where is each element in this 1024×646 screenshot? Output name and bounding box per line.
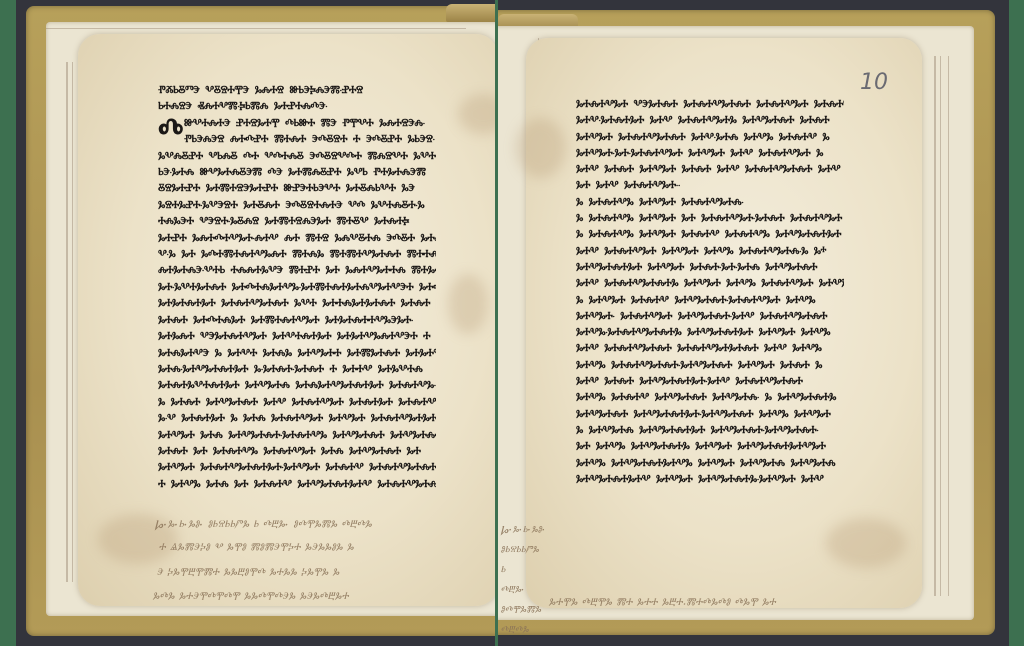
- right-spread-photo: 10 ⰃⰀⰎⰀⰂⰃⰀ ⰂⰅⰃⰀⰎⰀ ⰃⰀⰎⰀⰂⰃⰀⰎⰀ ⰃⰀⰎⰀⰂⰃⰀ ⰃⰀⰎⰀ…: [498, 0, 1009, 646]
- text-line: ⰃⰀⰂⰃⰀⰎⰀ ⰃⰀⰂⰃⰀⰎⰀⰃⰀ⸱ⰃⰀⰂⰃⰀⰎⰀ ⰃⰀⰂⰃ ⰃⰀⰂⰃⰀ: [576, 406, 844, 422]
- handwritten-note-left: ⰰ ⱑⰳⰿⰵⰽⱁ ⰲ ⰳⰹⱁ ⰿⱁⰿⰵⰹⰽⰰ ⰳⰵⰳⰳⱁⰳ ⰳ: [158, 541, 353, 556]
- folio-number: 10: [860, 70, 888, 95]
- text-line: ⰃⰀⰂ ⰃⰀⰎⰀⰂⰃⰀⰎⰀⰃ ⰃⰀⰂⰃⰀ ⰃⰀⰂⰃ ⰃⰀⰎⰀⰂⰃⰀ ⰃⰀⰂⰃ: [576, 275, 844, 291]
- text-line: ⰖⰂⰀⰎⰀⰅ ⰐⰀⰔⰃⰀⰉ ⰄⰓⰖⰀ ⰏⰅ ⰒⰉⰂⰀ ⰃⰎⰀⰔⰅⰎ⸱: [158, 115, 436, 131]
- text-line: ⰃⰀⰂ ⰃⰀⰎⰀ ⰃⰀⰂⰃⰀⰎⰀⰃⰀ⸱ⰃⰀⰂ ⰃⰀⰎⰀⰂⰃⰀⰎⰀ: [576, 373, 844, 389]
- text-line: ⰃⰀⰂⰃ ⰃⰀⰂⰃⰀⰎⰀⰃⰀⰂⰃ ⰃⰀⰂⰃⰀ ⰃⰀⰂⰃⰀⰎ ⰃⰀⰂⰃⰀⰎ: [576, 455, 844, 471]
- text-line: ⰒⰆⰓⰋⰕⰅ ⰂⰋⰔⰀⰉⰅ ⰃⰎⰀⰔ ⰖⰓⰅⰍⰎⰅⰏ⸱ⰐⰀⰔ: [158, 82, 436, 98]
- text-line: ⰒⰓⰅⰎⰅⰔ ⰎⰀⰄⰐⰀ ⰏⰀⰎⰀ ⰅⰄⰋⰔⰀ Ⰰ ⰅⰄⰋⰐⰀ ⰃⰓⰅⰔ⸱: [158, 131, 436, 147]
- frame-left-border: [0, 0, 16, 646]
- text-line: Ⰳ ⰃⰀⰎⰀⰂⰃ ⰃⰀⰂⰃⰀ ⰃⰀⰎⰀⰂ ⰃⰀⰎⰀⰂⰃ ⰃⰀⰂⰃⰀⰎⰀⰃⰀ: [576, 226, 844, 242]
- text-line: ⰃⰔⰀⰃⰐⰀ⸱ⰃⰂⰅⰔⰀ ⰃⰀⰋⰎⰀ ⰅⰄⰋⰔⰀⰎⰀⰅ ⰂⰄ ⰃⰂⰀⰎⰋⰀ⸱Ⰳ: [158, 197, 436, 213]
- spine-top-curl: [446, 4, 495, 22]
- text-line: Ⰳ ⰃⰀⰎⰀ ⰃⰀⰂⰃⰀⰎⰀ ⰃⰀⰂ ⰃⰀⰎⰀⰂⰃⰀ ⰃⰀⰎⰀⰃⰀ ⰃⰀⰎⰀⰂⰃ: [158, 394, 436, 410]
- printed-text-right: ⰃⰀⰎⰀⰂⰃⰀ ⰂⰅⰃⰀⰎⰀ ⰃⰀⰎⰀⰂⰃⰀⰎⰀ ⰃⰀⰎⰀⰂⰃⰀ ⰃⰀⰎⰀⰂ Ⰳ…: [576, 96, 844, 487]
- text-line: ⰃⰀⰃⰀⰎⰀⰃⰀ ⰃⰀⰎⰀⰂⰃⰀⰎⰀ ⰃⰂⰀ ⰃⰀⰀⰎⰃⰀⰃⰀⰎⰀ ⰃⰀⰎⰀ Ⰳ: [158, 295, 436, 311]
- text-line: ⰃⰀ ⰃⰀⰂ ⰃⰀⰎⰀⰂⰃⰀ⸱⸱: [576, 177, 844, 193]
- text-line: ⰃⰀⰂⰃⰀ⸱ ⰃⰀⰎⰀⰂⰃⰀ ⰃⰀⰂⰃⰀⰎⰀ⸱ⰃⰀⰂ ⰃⰀⰎⰀⰂⰃⰀⰎⰀ: [576, 308, 844, 324]
- text-line: ⰃⰀⰂ ⰃⰀⰎⰀⰂⰃⰀ ⰃⰀⰂⰃⰀ ⰃⰀⰂⰃ ⰃⰀⰎⰀⰂⰃⰀⰎ⸱Ⰳ Ⰳⰰ: [576, 243, 844, 259]
- text-line: ⰃⰀⰂ ⰃⰀⰎⰀ ⰃⰀⰂⰃⰀ ⰃⰀⰎⰀ ⰃⰀⰂ ⰃⰀⰎⰀⰂⰃⰀⰎⰀ ⰃⰀⰂ: [576, 161, 844, 177]
- handwritten-note-left: ⰵ ⰽⰳⰹⰱⰹⰿⰰ ⰳⰳⰱⱁⰹⰴ ⰳⰰⰳⰳ ⰽⰳⰹⰳ ⰳ: [156, 566, 339, 581]
- text-line: ⰃⰀⰎⰃⰀⰂⰅ Ⰳ ⰃⰀⰂⰀ ⰃⰀⰎⰃ ⰃⰀⰂⰃⰀⰀ ⰃⰀⰏⰃⰀⰎⰀ ⰃⰀⰃⰀⰂ…: [158, 345, 436, 361]
- text-line: Ⰳ ⰃⰀⰂⰃⰀⰎ ⰃⰀⰂⰃⰀⰎⰀⰃⰀ ⰃⰀⰂⰃⰀⰎⰀ⸱ⰃⰀⰂⰃⰀⰎⰀ⸱: [576, 422, 844, 438]
- text-line: ⰃⰀⰂⰃⰀⰎⰀⰃⰀ ⰃⰀⰂⰃⰀ ⰃⰀⰎⰀ⸱ⰃⰀ⸱ⰃⰀⰎ ⰃⰀⰂⰃⰀⰎⰀ: [576, 259, 844, 275]
- text-line: ⰃⰀⰂⰃ⸱ⰃⰀⰎⰀⰂⰃⰀⰎⰀⰃ ⰃⰀⰂⰃⰀⰎⰀⰃⰀ ⰃⰀⰂⰃⰀ ⰃⰀⰂⰃ: [576, 324, 844, 340]
- text-line: ⰃⰀⰃⰎⰀ ⰂⰅⰃⰀⰎⰀⰂⰃⰀ ⰃⰀⰂⰀⰎⰀⰃⰀ ⰃⰀⰃⰀⰂⰃⰎⰀⰂⰅⰀ Ⰰ: [158, 328, 436, 344]
- text-line: ⰃⰀⰂⰃⰀ ⰃⰀⰎⰀⰂⰃⰀⰎⰀⰃⰀ⸱ⰃⰀⰂⰃⰀ ⰃⰀⰎⰀⰂ ⰃⰀⰎⰀⰂⰃⰀⰎⰀ: [158, 459, 436, 475]
- text-line: ⰃⰀⰂⰃ ⰃⰀⰎⰀⰂ ⰃⰀⰂⰃⰀⰎⰀ ⰃⰀⰂⰃⰀⰎ⸱ Ⰳ ⰃⰀⰂⰃⰀⰎⰀⰃ: [576, 389, 844, 405]
- text-line: ⰃⰀⰂⰃ ⰃⰀⰎⰀⰂⰃⰀⰎⰀ⸱ⰃⰀⰂⰃⰀⰎⰀ ⰃⰀⰂⰃⰀ ⰃⰀⰎⰀ Ⰳ: [576, 357, 844, 373]
- text-line: ⰃⰀⰎⰀ ⰃⰀⰄⰀⰎⰃⰀ ⰃⰀⰏⰀⰎⰀⰂⰃⰀ ⰃⰀⰃⰀⰎⰀⰀⰂⰃⰅⰃⰀ⸱: [158, 312, 436, 328]
- text-line: Ⰳ ⰃⰀⰎⰀⰂⰃ ⰃⰀⰂⰃⰀ ⰃⰀ ⰃⰀⰎⰀⰂⰃⰀ⸱ⰃⰀⰎⰀ ⰃⰀⰎⰀⰂⰃⰀ: [576, 210, 844, 226]
- text-line: ⰓⰀⰎⰔⰅ ⰟⰎⰀⰂⰏ⸱ⰍⰓⰏⰎ ⰃⰀⰐⰀⰎⰄⰅ⸱: [158, 98, 436, 114]
- left-spread-photo: ⰒⰆⰓⰋⰕⰅ ⰂⰋⰔⰀⰉⰅ ⰃⰎⰀⰔ ⰖⰓⰅⰍⰎⰅⰏ⸱ⰐⰀⰔ ⰓⰀⰎⰔⰅ ⰟⰎⰀ…: [16, 0, 495, 646]
- text-line: Ⰲ⸱Ⰳ ⰃⰀ ⰃⰄⰀⰏⰀⰎⰀⰂⰃⰎⰀ ⰏⰀⰎⰃ ⰏⰀⰏⰀⰂⰃⰀⰎⰀ ⰏⰀⰀⰎⰃⰀ: [158, 246, 436, 262]
- frame-right-border: [1009, 0, 1024, 646]
- text-line: Ⰳ ⰃⰀⰎⰀⰂⰃ ⰃⰀⰂⰃⰀ ⰃⰀⰎⰀⰂⰃⰀⰎ⸱: [576, 194, 844, 210]
- text-line: ⰃⰀⰂ ⰃⰀⰎⰀⰂⰃⰀⰎⰀ ⰃⰀⰎⰀⰂⰃⰀⰃⰀⰎⰀ ⰃⰀⰂ ⰃⰀⰂⰃ: [576, 340, 844, 356]
- text-line: ⰃⰀⰂⰃⰀ⸱ⰃⰀ⸱ⰃⰀⰎⰀⰂⰃⰀ ⰃⰀⰂⰃⰀ ⰃⰀⰂ ⰃⰀⰎⰀⰂⰃⰀ Ⰳ: [576, 145, 844, 161]
- text-line: ⰃⰀⰎ⸱ⰃⰀⰂⰃⰀⰎⰀⰃⰀ Ⰳ⸱ⰃⰀⰎⰀ⸱ⰃⰀⰎⰀ Ⰰ ⰃⰀⰀⰂ ⰃⰀⰃⰂⰀⰎ: [158, 361, 436, 377]
- text-line: ⰀⰎⰃⰅⰀ ⰂⰅⰔⰀ⸱ⰃⰋⰎⰔ ⰃⰀⰏⰀⰔⰎⰅⰃⰀ ⰏⰀⰋⰂ ⰃⰀⰎⰀⰍ: [158, 213, 436, 229]
- text-line: ⰃⰀ ⰃⰀⰂⰃ ⰃⰀⰂⰃⰀⰎⰀⰃ ⰃⰀⰂⰃⰀ ⰃⰀⰂⰃⰀⰎⰀⰃⰀⰂⰃⰀ: [576, 438, 844, 454]
- text-line: ⰃⰀⰎⰀⰂⰃⰀ ⰂⰅⰃⰀⰎⰀ ⰃⰀⰎⰀⰂⰃⰀⰎⰀ ⰃⰀⰎⰀⰂⰃⰀ ⰃⰀⰎⰀⰂ: [576, 96, 844, 112]
- handwritten-note-left: Ⱈ·ⰳ·ⱃ·ⰳⱁ· ⱁⱃⱄⱃⱃⱓⰳ ⱃ ⰴⰱⰳ· ⱁⰴⰹⰳⰿⰳ ⰴⰱⰴⰳ: [154, 518, 371, 533]
- text-line: ⰋⰔⰃⰀⰐⰀ ⰃⰀⰏⰀⰔⰅⰃⰀⰐⰀ ⰖⰐⰅⰀⰓⰅⰂⰀ ⰃⰀⰋⰎⰓⰂⰀ ⰃⰅ: [158, 180, 436, 196]
- text-line: ⰃⰀⰂ⸱ⰃⰀⰎⰀⰃⰀ ⰃⰀⰂ ⰃⰀⰎⰀⰂⰃⰀⰃ ⰃⰀⰂⰃⰀⰎⰀ ⰃⰀⰎⰀ: [576, 112, 844, 128]
- text-line: ⰓⰅ⸱ⰃⰀⰎ ⰖⰂⰃⰀⰎⰋⰅⰏ ⰄⰅ ⰃⰀⰏⰎⰋⰐⰀ ⰃⰂⰓ ⰒⰀⰃⰀⰎⰅⰏ: [158, 164, 436, 180]
- text-line: ⰃⰀⰂⰃⰀ ⰃⰀⰎ ⰃⰀⰂⰃⰀⰎⰀ⸱ⰃⰀⰎⰀⰂⰃ ⰃⰀⰂⰃⰀⰎⰀ ⰃⰀⰂⰃⰀⰎⰀ: [158, 427, 436, 443]
- text-line: Ⰳ ⰃⰀⰂⰃⰀ ⰃⰀⰎⰀⰂ ⰃⰀⰂⰃⰀⰎⰀ⸱ⰃⰀⰎⰀⰂⰃⰀ ⰃⰀⰂⰃ: [576, 292, 844, 308]
- text-line: Ⰳ⸱Ⰲ ⰃⰀⰎⰀⰃⰀ Ⰳ ⰃⰀⰎ ⰃⰀⰎⰀⰂⰃⰀ ⰃⰀⰂⰃⰀ ⰃⰀⰎⰀⰂⰃⰀⰃⰀ: [158, 410, 436, 426]
- handwritten-note-left: ⰳⰴⰳ ⰳⰰⰵⰹⰴⰹⰴⰹ ⰳⰳⰴⰹⰴⰵⰳ ⰳⰵⰳⰴⰱⰳⰰ: [152, 590, 348, 605]
- text-line: ⰃⰀⰐⰀ ⰃⰎⰀⰄⰀⰂⰃⰀ⸱ⰎⰀⰂ ⰎⰀ ⰏⰀⰔ ⰃⰎⰂⰋⰀⰎ ⰅⰄⰋⰀ ⰃⰀⰎ…: [158, 230, 436, 246]
- frame-center-divider: [495, 0, 498, 646]
- text-line: ⰃⰀⰎⰀ ⰃⰀ ⰃⰀⰎⰀⰂⰃ ⰃⰀⰎⰀⰂⰃⰀ ⰃⰀⰎ ⰃⰀⰂⰃⰀⰎⰀ ⰃⰀ: [158, 443, 436, 459]
- printed-text-left: ⰒⰆⰓⰋⰕⰅ ⰂⰋⰔⰀⰉⰅ ⰃⰎⰀⰔ ⰖⰓⰅⰍⰎⰅⰏ⸱ⰐⰀⰔ ⰓⰀⰎⰔⰅ ⰟⰎⰀ…: [158, 82, 436, 492]
- text-line: ⰃⰀⰂⰃⰀⰎⰀⰃⰀⰂ ⰃⰀⰂⰃⰀ ⰃⰀⰂⰃⰀⰎⰀⰃ⸱ⰃⰀⰂⰃⰀ ⰃⰀⰂ: [576, 471, 844, 487]
- text-line: ⰎⰀⰃⰀⰎⰅ⸱ⰂⰀⰓ ⰀⰎⰎⰀⰃⰂⰅ ⰏⰀⰐⰀ ⰃⰀ ⰃⰎⰀⰂⰃⰀⰀⰎ ⰏⰀⰃⰀ…: [158, 262, 436, 278]
- handwritten-note-right: ⰳⰰⰹⰳ ⰴⰱⰹⰳ ⰿⰰ ⰳⰰⰰ ⰳⰱⰰ⸱ⰿⰰⰴⰳⰴⱁ ⰴⰳⰹ ⰳⰰ: [548, 596, 775, 611]
- decorated-initial: Ⰴ: [158, 112, 184, 147]
- text-line: ⰃⰀⰎⰀⰃⰂⰀⰎⰀⰃⰀ ⰃⰀⰂⰃⰀⰎ ⰃⰀⰎⰃⰀⰂⰃⰀⰎⰀⰃⰀ ⰃⰀⰎⰀⰂⰃ⸱Ⰳ: [158, 377, 436, 393]
- text-line: ⰃⰀ⸱ⰃⰂⰀⰃⰀⰎⰀ ⰃⰀⰄⰀⰎⰃⰀⰂⰃ⸱ⰃⰀⰏⰀⰎⰀⰃⰀⰎⰂⰃⰀⰂⰅⰀ ⰃⰀⰄ…: [158, 279, 436, 295]
- text-line: ⰃⰂⰎⰋⰐⰀ ⰂⰓⰎⰋ ⰄⰀ ⰂⰄⰀⰎⰋ ⰅⰄⰋⰔⰂⰄⰀ ⰏⰎⰔⰂⰀ ⰃⰂⰀ: [158, 148, 436, 164]
- handwritten-note-gutter: Ⱈ·ⰳ·ⱃ·ⰳⱁ· ⱁⱃⱄⱃⱃⱓⰳ ⱃ ⰴⰱⰳ· ⱁⰴⰹⰳⰿⰳ ⰴⰱⰴⰳ: [500, 520, 530, 640]
- text-line: Ⰰ ⰃⰀⰂⰃ ⰃⰀⰎ ⰃⰀ ⰃⰀⰎⰀⰂ ⰃⰀⰂⰃⰀⰎⰀⰃⰀⰂ ⰃⰀⰎⰀⰂⰃⰀⰎ …: [158, 476, 436, 492]
- text-line: ⰃⰀⰂⰃⰀ ⰃⰀⰎⰀⰂⰃⰀⰎⰀ ⰃⰀⰂ⸱ⰃⰀⰎ ⰃⰀⰂⰃ ⰃⰀⰎⰀⰂ Ⰳ: [576, 129, 844, 145]
